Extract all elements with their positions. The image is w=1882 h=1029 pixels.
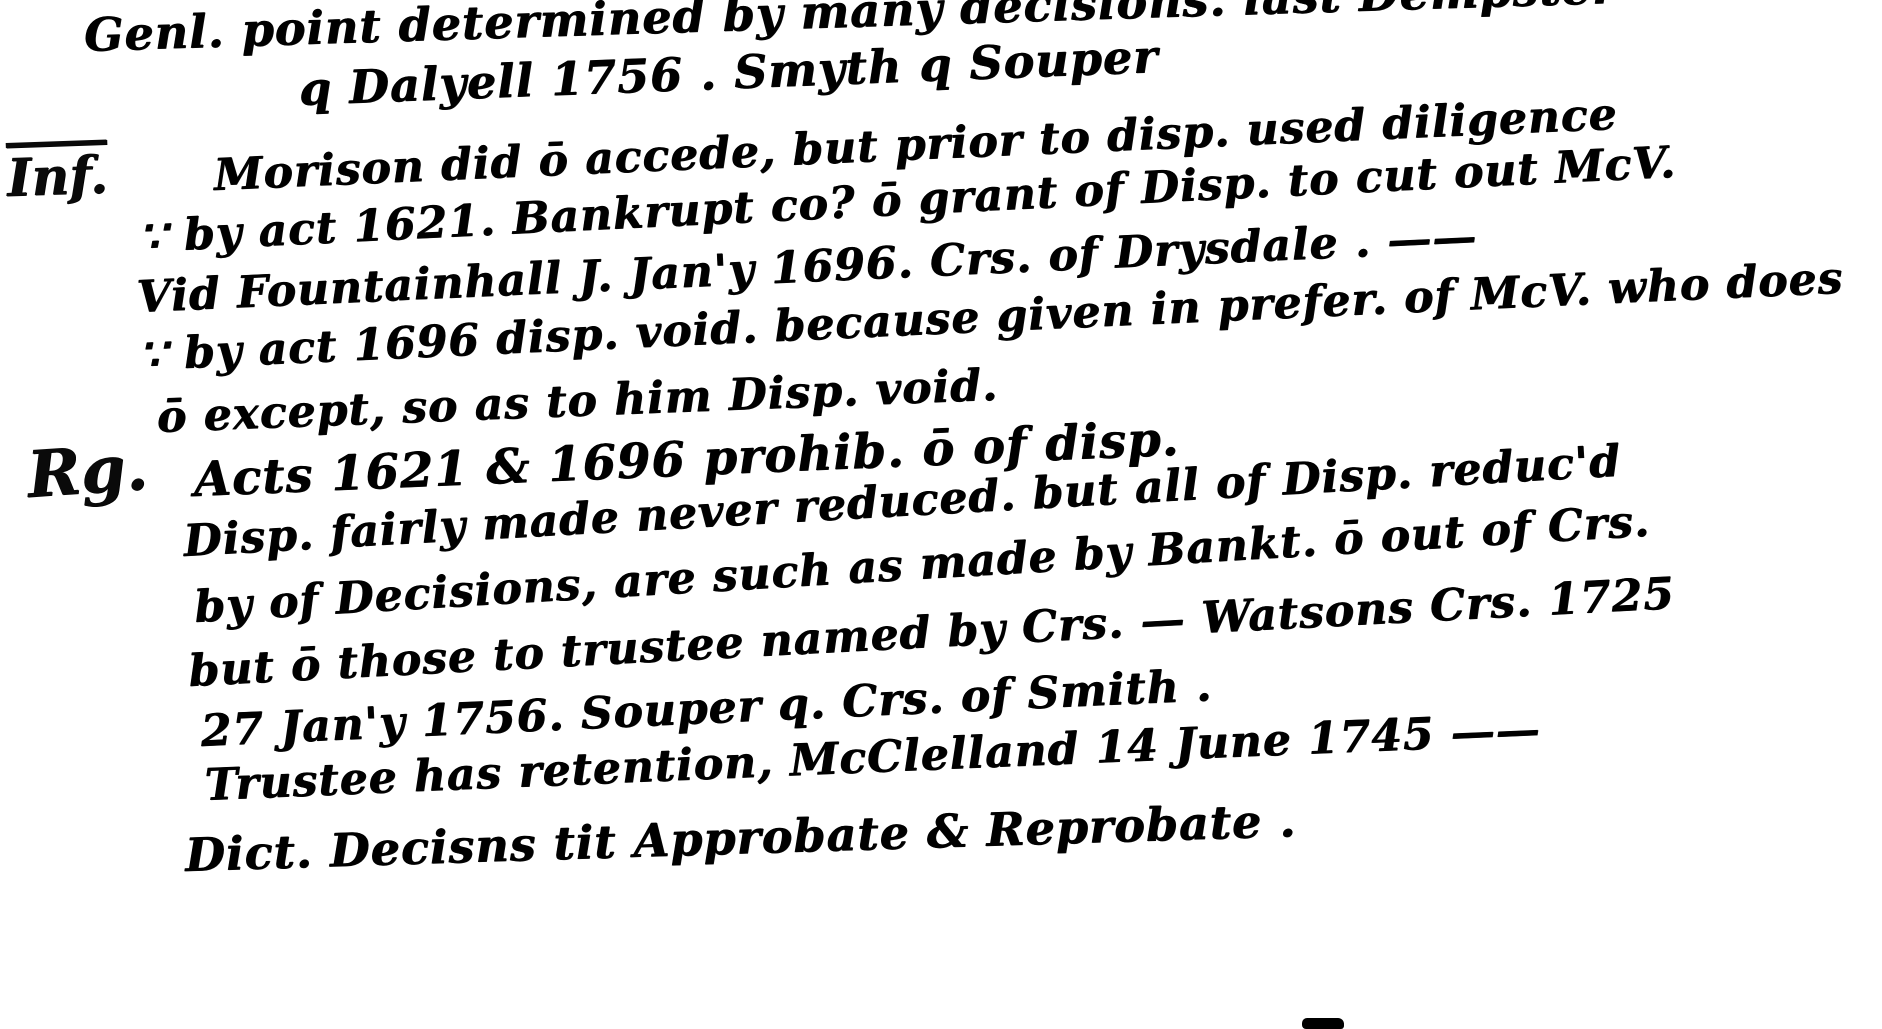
manuscript-scan-page: Inf. Rg. Genl. point determined by many … xyxy=(0,0,1882,1029)
ink-blot-mark xyxy=(1302,1018,1344,1029)
manuscript-line: Dict. Decisns tit Approbate & Reprobate … xyxy=(184,793,1297,882)
margin-annotation-rg: Rg. xyxy=(25,430,150,513)
margin-annotation-inf: Inf. xyxy=(6,145,109,209)
